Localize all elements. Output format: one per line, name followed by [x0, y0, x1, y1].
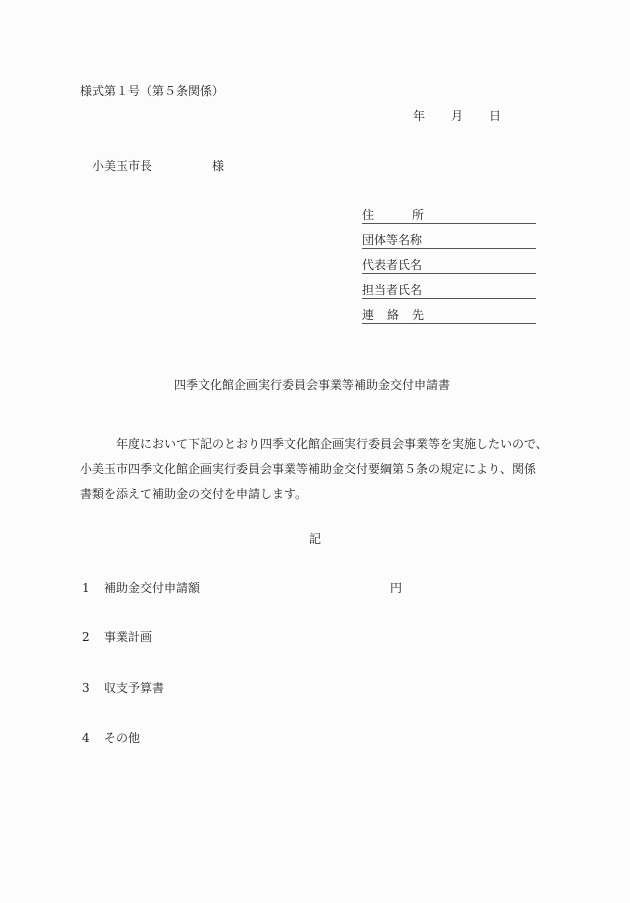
list-item: 3収支予算書: [82, 681, 164, 695]
item-number: 4: [82, 731, 104, 745]
date-month-label: 月: [451, 109, 489, 123]
document-title: 四季文化館企画実行委員会事業等補助金交付申請書: [174, 378, 450, 392]
item-label: 補助金交付申請額: [104, 581, 200, 595]
body-line: 書類を添えて補助金の交付を申請します。: [80, 482, 560, 507]
list-item: 2事業計画: [82, 630, 152, 644]
addressee: 小美玉市長様: [92, 159, 224, 173]
applicant-organization-field[interactable]: 団体等名称: [362, 233, 536, 249]
item-label: 収支予算書: [104, 681, 164, 695]
yen-unit: 円: [390, 581, 402, 595]
address-label-char: 住: [362, 208, 412, 222]
date-year-label: 年: [413, 109, 451, 123]
list-item: 4その他: [82, 731, 140, 745]
contact-label-char: 先: [412, 308, 424, 322]
representative-label: 代表者氏名: [362, 258, 422, 272]
item-label: 事業計画: [104, 630, 152, 644]
date-line: 年月日: [413, 109, 501, 123]
list-item: 1補助金交付申請額 円: [82, 581, 200, 595]
organization-label: 団体等名称: [362, 233, 422, 247]
addressee-suffix: 様: [212, 159, 224, 173]
addressee-name: 小美玉市長: [92, 159, 152, 173]
contact-person-label: 担当者氏名: [362, 283, 422, 297]
body-paragraph: 年度において下記のとおり四季文化館企画実行委員会事業等を実施したいので、 小美玉…: [80, 432, 560, 507]
contact-label-char: 絡: [387, 308, 412, 322]
item-number: 3: [82, 681, 104, 695]
applicant-contact-field[interactable]: 連絡先: [362, 308, 536, 324]
ki-heading: 記: [309, 532, 321, 546]
applicant-representative-field[interactable]: 代表者氏名: [362, 258, 536, 274]
item-label: その他: [104, 731, 140, 745]
body-line: 小美玉市四季文化館企画実行委員会事業等補助金交付要綱第５条の規定により、関係: [80, 457, 560, 482]
item-number: 2: [82, 630, 104, 644]
address-label-char: 所: [412, 208, 424, 222]
form-number: 様式第１号（第５条関係）: [80, 84, 224, 98]
date-day-label: 日: [489, 109, 501, 123]
contact-label-char: 連: [362, 308, 387, 322]
applicant-contact-person-field[interactable]: 担当者氏名: [362, 283, 536, 299]
applicant-address-field[interactable]: 住所: [362, 208, 536, 224]
item-number: 1: [82, 581, 104, 595]
body-line: 年度において下記のとおり四季文化館企画実行委員会事業等を実施したいので、: [116, 437, 548, 451]
